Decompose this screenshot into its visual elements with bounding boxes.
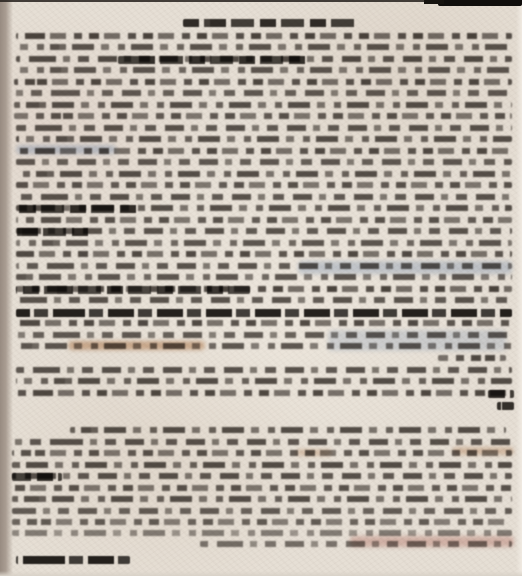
orange-ink-smudge: [68, 341, 205, 350]
text-line: [14, 113, 512, 119]
bold-segment: [12, 473, 62, 481]
text-line: [12, 485, 512, 491]
title-line: [183, 19, 360, 27]
text-line: [16, 390, 512, 396]
text-line: [16, 125, 512, 131]
text-line: [16, 44, 510, 50]
bold-segment: [16, 228, 92, 236]
paragraph-end-mark: [497, 402, 514, 410]
text-line: [12, 450, 512, 456]
text-line: [14, 79, 512, 85]
heavy-line: [16, 309, 512, 317]
bold-segment: [118, 56, 310, 64]
text-line: [16, 67, 512, 73]
text-line: [16, 320, 512, 326]
text-line: [16, 251, 512, 257]
text-line: [12, 462, 512, 468]
short-right-line: [438, 355, 506, 361]
text-line: [14, 90, 512, 96]
text-line: [16, 367, 512, 373]
orange-ink-smudge: [452, 447, 514, 455]
text-line: [12, 519, 512, 525]
indented-first-line: [70, 427, 506, 433]
text-line: [12, 439, 514, 445]
text-line: [16, 194, 512, 200]
red-ink-smudge: [350, 536, 514, 547]
text-line: [16, 297, 512, 303]
text-line: [16, 136, 512, 142]
text-line: [16, 274, 512, 280]
text-line: [16, 378, 512, 384]
blue-ink-smudge: [328, 330, 506, 351]
text-line: [12, 473, 512, 479]
scanned-arabic-newspaper-clipping: [0, 0, 522, 576]
blue-ink-smudge: [298, 261, 512, 274]
bold-segment: [488, 390, 514, 398]
text-line: [16, 182, 512, 188]
text-line: [14, 102, 512, 108]
text-line: [16, 159, 512, 165]
bold-segment: [16, 286, 250, 294]
orange-ink-smudge: [296, 449, 332, 456]
text-line: [12, 496, 512, 502]
dateline-signature: [16, 556, 130, 564]
text-line: [16, 240, 512, 246]
text-layer: [0, 0, 522, 576]
text-line: [16, 171, 512, 177]
text-line: [16, 33, 512, 39]
bold-segment: [16, 205, 138, 213]
text-line: [16, 217, 512, 223]
blue-ink-smudge: [16, 145, 116, 154]
text-line: [12, 508, 512, 514]
